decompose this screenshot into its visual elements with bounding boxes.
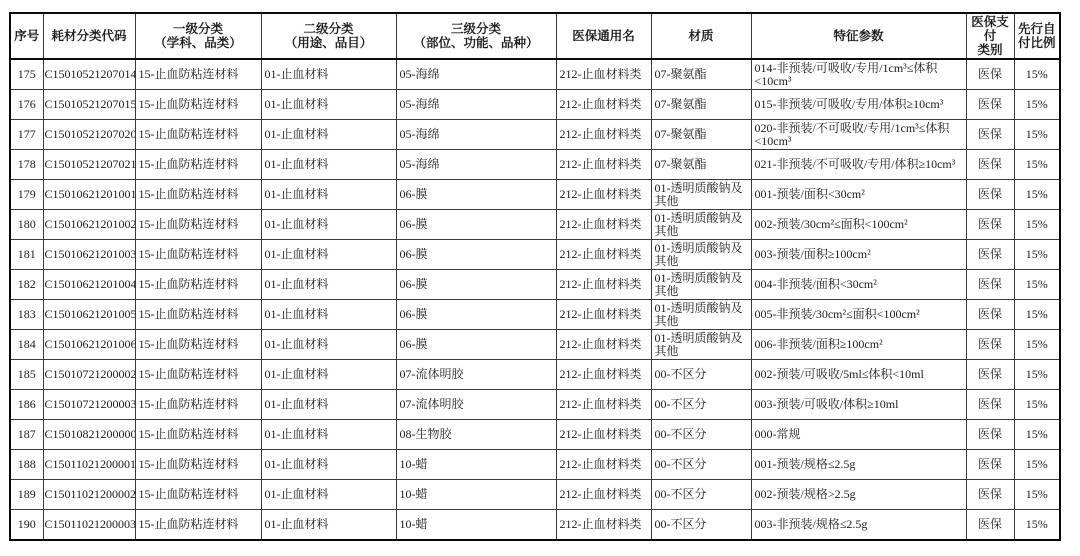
cell-level3-category: 10-蜡 — [396, 450, 556, 480]
cell-material: 01-透明质酸钠及其他 — [651, 180, 751, 210]
table-row: 180 C15010621201002 15-止血防粘连材料 01-止血材料 0… — [10, 210, 1060, 240]
cell-payment-category: 医保 — [966, 150, 1014, 180]
table-row: 188 C15011021200001 15-止血防粘连材料 01-止血材料 1… — [10, 450, 1060, 480]
cell-consumable-code: C15010621201003 — [43, 240, 135, 270]
cell-insurance-generic-name: 212-止血材料类 — [556, 240, 651, 270]
cell-copay-ratio: 15% — [1014, 420, 1060, 450]
cell-feature-parameters: 014-非预装/可吸收/专用/1cm³≤体积<10cm³ — [751, 59, 966, 90]
cell-serial-number: 178 — [10, 150, 43, 180]
cell-level2-category: 01-止血材料 — [261, 420, 396, 450]
cell-payment-category: 医保 — [966, 240, 1014, 270]
cell-insurance-generic-name: 212-止血材料类 — [556, 450, 651, 480]
col-header-consumable-code: 耗材分类代码 — [43, 13, 135, 59]
cell-level1-category: 15-止血防粘连材料 — [135, 510, 261, 541]
cell-feature-parameters: 003-非预装/规格≤2.5g — [751, 510, 966, 541]
cell-level2-category: 01-止血材料 — [261, 180, 396, 210]
cell-serial-number: 176 — [10, 90, 43, 120]
cell-consumable-code: C15010721200003 — [43, 390, 135, 420]
cell-consumable-code: C15011021200001 — [43, 450, 135, 480]
cell-insurance-generic-name: 212-止血材料类 — [556, 90, 651, 120]
cell-level3-category: 08-生物胶 — [396, 420, 556, 450]
cell-level2-category: 01-止血材料 — [261, 300, 396, 330]
table-row: 182 C15010621201004 15-止血防粘连材料 01-止血材料 0… — [10, 270, 1060, 300]
cell-material: 01-透明质酸钠及其他 — [651, 210, 751, 240]
cell-payment-category: 医保 — [966, 510, 1014, 541]
cell-serial-number: 186 — [10, 390, 43, 420]
cell-feature-parameters: 021-非预装/不可吸收/专用/体积≥10cm³ — [751, 150, 966, 180]
cell-material: 07-聚氨酯 — [651, 59, 751, 90]
cell-feature-parameters: 003-预装/面积≥100cm² — [751, 240, 966, 270]
cell-level1-category: 15-止血防粘连材料 — [135, 300, 261, 330]
cell-level1-category: 15-止血防粘连材料 — [135, 450, 261, 480]
cell-level2-category: 01-止血材料 — [261, 240, 396, 270]
cell-material: 01-透明质酸钠及其他 — [651, 270, 751, 300]
col-header-feature-parameters: 特征参数 — [751, 13, 966, 59]
cell-insurance-generic-name: 212-止血材料类 — [556, 150, 651, 180]
table-row: 179 C15010621201001 15-止血防粘连材料 01-止血材料 0… — [10, 180, 1060, 210]
cell-level1-category: 15-止血防粘连材料 — [135, 390, 261, 420]
cell-material: 07-聚氨酯 — [651, 150, 751, 180]
col-header-payment-category: 医保支 付 类别 — [966, 13, 1014, 59]
cell-payment-category: 医保 — [966, 180, 1014, 210]
col-header-level2-category: 二级分类 （用途、品目） — [261, 13, 396, 59]
cell-payment-category: 医保 — [966, 210, 1014, 240]
cell-level1-category: 15-止血防粘连材料 — [135, 180, 261, 210]
cell-insurance-generic-name: 212-止血材料类 — [556, 180, 651, 210]
cell-insurance-generic-name: 212-止血材料类 — [556, 120, 651, 150]
cell-level1-category: 15-止血防粘连材料 — [135, 120, 261, 150]
cell-level3-category: 06-膜 — [396, 180, 556, 210]
cell-level1-category: 15-止血防粘连材料 — [135, 210, 261, 240]
cell-material: 01-透明质酸钠及其他 — [651, 330, 751, 360]
cell-feature-parameters: 001-预装/规格≤2.5g — [751, 450, 966, 480]
col-header-level1-category: 一级分类 （学科、品类） — [135, 13, 261, 59]
col-header-material: 材质 — [651, 13, 751, 59]
cell-feature-parameters: 001-预装/面积<30cm² — [751, 180, 966, 210]
cell-consumable-code: C15010521207020 — [43, 120, 135, 150]
table-row: 190 C15011021200003 15-止血防粘连材料 01-止血材料 1… — [10, 510, 1060, 541]
cell-serial-number: 179 — [10, 180, 43, 210]
cell-level3-category: 06-膜 — [396, 270, 556, 300]
cell-copay-ratio: 15% — [1014, 150, 1060, 180]
table-row: 184 C15010621201006 15-止血防粘连材料 01-止血材料 0… — [10, 330, 1060, 360]
cell-level3-category: 06-膜 — [396, 240, 556, 270]
cell-insurance-generic-name: 212-止血材料类 — [556, 270, 651, 300]
cell-consumable-code: C15010621201002 — [43, 210, 135, 240]
cell-copay-ratio: 15% — [1014, 120, 1060, 150]
cell-feature-parameters: 000-常规 — [751, 420, 966, 450]
table-row: 189 C15011021200002 15-止血防粘连材料 01-止血材料 1… — [10, 480, 1060, 510]
table-row: 181 C15010621201003 15-止血防粘连材料 01-止血材料 0… — [10, 240, 1060, 270]
cell-level2-category: 01-止血材料 — [261, 120, 396, 150]
cell-consumable-code: C15010621201001 — [43, 180, 135, 210]
cell-consumable-code: C15010621201004 — [43, 270, 135, 300]
cell-payment-category: 医保 — [966, 270, 1014, 300]
cell-consumable-code: C15010721200002 — [43, 360, 135, 390]
cell-payment-category: 医保 — [966, 390, 1014, 420]
cell-copay-ratio: 15% — [1014, 390, 1060, 420]
medical-consumables-classification-table: 序号 耗材分类代码 一级分类 （学科、品类） 二级分类 （用途、品目） 三级分类… — [9, 12, 1061, 541]
cell-material: 00-不区分 — [651, 450, 751, 480]
cell-level3-category: 05-海绵 — [396, 150, 556, 180]
cell-copay-ratio: 15% — [1014, 450, 1060, 480]
cell-insurance-generic-name: 212-止血材料类 — [556, 510, 651, 541]
cell-feature-parameters: 004-非预装/面积<30cm² — [751, 270, 966, 300]
cell-feature-parameters: 003-预装/可吸收/体积≥10ml — [751, 390, 966, 420]
cell-level1-category: 15-止血防粘连材料 — [135, 90, 261, 120]
cell-level3-category: 07-流体明胶 — [396, 390, 556, 420]
col-header-copay-ratio: 先行自 付比例 — [1014, 13, 1060, 59]
cell-feature-parameters: 002-预装/规格>2.5g — [751, 480, 966, 510]
cell-level3-category: 06-膜 — [396, 210, 556, 240]
cell-serial-number: 181 — [10, 240, 43, 270]
cell-payment-category: 医保 — [966, 480, 1014, 510]
col-header-insurance-generic-name: 医保通用名 — [556, 13, 651, 59]
cell-level1-category: 15-止血防粘连材料 — [135, 240, 261, 270]
cell-material: 00-不区分 — [651, 390, 751, 420]
cell-copay-ratio: 15% — [1014, 360, 1060, 390]
cell-level1-category: 15-止血防粘连材料 — [135, 360, 261, 390]
cell-insurance-generic-name: 212-止血材料类 — [556, 360, 651, 390]
cell-consumable-code: C15010521207014 — [43, 59, 135, 90]
cell-feature-parameters: 006-非预装/面积≥100cm² — [751, 330, 966, 360]
col-header-level3-category: 三级分类 （部位、功能、品种） — [396, 13, 556, 59]
cell-level2-category: 01-止血材料 — [261, 480, 396, 510]
cell-copay-ratio: 15% — [1014, 270, 1060, 300]
cell-payment-category: 医保 — [966, 120, 1014, 150]
cell-copay-ratio: 15% — [1014, 240, 1060, 270]
cell-payment-category: 医保 — [966, 59, 1014, 90]
cell-level2-category: 01-止血材料 — [261, 150, 396, 180]
cell-consumable-code: C15011021200003 — [43, 510, 135, 541]
cell-material: 00-不区分 — [651, 510, 751, 541]
cell-material: 01-透明质酸钠及其他 — [651, 300, 751, 330]
cell-serial-number: 175 — [10, 59, 43, 90]
table-row: 183 C15010621201005 15-止血防粘连材料 01-止血材料 0… — [10, 300, 1060, 330]
cell-level3-category: 05-海绵 — [396, 59, 556, 90]
cell-level1-category: 15-止血防粘连材料 — [135, 480, 261, 510]
cell-serial-number: 180 — [10, 210, 43, 240]
cell-payment-category: 医保 — [966, 420, 1014, 450]
table-row: 186 C15010721200003 15-止血防粘连材料 01-止血材料 0… — [10, 390, 1060, 420]
cell-level3-category: 10-蜡 — [396, 510, 556, 541]
cell-level3-category: 06-膜 — [396, 330, 556, 360]
cell-serial-number: 190 — [10, 510, 43, 541]
cell-payment-category: 医保 — [966, 300, 1014, 330]
cell-level3-category: 07-流体明胶 — [396, 360, 556, 390]
cell-serial-number: 187 — [10, 420, 43, 450]
cell-consumable-code: C15011021200002 — [43, 480, 135, 510]
cell-serial-number: 188 — [10, 450, 43, 480]
cell-copay-ratio: 15% — [1014, 90, 1060, 120]
cell-level2-category: 01-止血材料 — [261, 210, 396, 240]
cell-serial-number: 184 — [10, 330, 43, 360]
cell-copay-ratio: 15% — [1014, 300, 1060, 330]
table-row: 187 C15010821200000 15-止血防粘连材料 01-止血材料 0… — [10, 420, 1060, 450]
cell-consumable-code: C15010521207015 — [43, 90, 135, 120]
cell-serial-number: 183 — [10, 300, 43, 330]
cell-level3-category: 10-蜡 — [396, 480, 556, 510]
cell-insurance-generic-name: 212-止血材料类 — [556, 420, 651, 450]
cell-feature-parameters: 020-非预装/不可吸收/专用/1cm³≤体积<10cm³ — [751, 120, 966, 150]
cell-level2-category: 01-止血材料 — [261, 360, 396, 390]
cell-copay-ratio: 15% — [1014, 210, 1060, 240]
cell-payment-category: 医保 — [966, 330, 1014, 360]
cell-material: 01-透明质酸钠及其他 — [651, 240, 751, 270]
cell-level2-category: 01-止血材料 — [261, 330, 396, 360]
cell-level3-category: 05-海绵 — [396, 120, 556, 150]
table-row: 185 C15010721200002 15-止血防粘连材料 01-止血材料 0… — [10, 360, 1060, 390]
cell-insurance-generic-name: 212-止血材料类 — [556, 390, 651, 420]
cell-serial-number: 189 — [10, 480, 43, 510]
cell-payment-category: 医保 — [966, 450, 1014, 480]
document-page: 序号 耗材分类代码 一级分类 （学科、品类） 二级分类 （用途、品目） 三级分类… — [0, 0, 1080, 556]
cell-level2-category: 01-止血材料 — [261, 450, 396, 480]
cell-material: 07-聚氨酯 — [651, 90, 751, 120]
cell-copay-ratio: 15% — [1014, 59, 1060, 90]
cell-payment-category: 医保 — [966, 90, 1014, 120]
cell-consumable-code: C15010621201005 — [43, 300, 135, 330]
cell-level2-category: 01-止血材料 — [261, 90, 396, 120]
cell-material: 00-不区分 — [651, 480, 751, 510]
cell-level2-category: 01-止血材料 — [261, 59, 396, 90]
cell-level1-category: 15-止血防粘连材料 — [135, 59, 261, 90]
cell-feature-parameters: 005-非预装/30cm²≤面积<100cm² — [751, 300, 966, 330]
cell-consumable-code: C15010521207021 — [43, 150, 135, 180]
cell-level2-category: 01-止血材料 — [261, 510, 396, 541]
cell-copay-ratio: 15% — [1014, 180, 1060, 210]
cell-insurance-generic-name: 212-止血材料类 — [556, 59, 651, 90]
cell-consumable-code: C15010821200000 — [43, 420, 135, 450]
cell-insurance-generic-name: 212-止血材料类 — [556, 480, 651, 510]
table-row: 176 C15010521207015 15-止血防粘连材料 01-止血材料 0… — [10, 90, 1060, 120]
table-row: 178 C15010521207021 15-止血防粘连材料 01-止血材料 0… — [10, 150, 1060, 180]
col-header-serial-number: 序号 — [10, 13, 43, 59]
cell-level1-category: 15-止血防粘连材料 — [135, 270, 261, 300]
cell-payment-category: 医保 — [966, 360, 1014, 390]
cell-material: 00-不区分 — [651, 420, 751, 450]
cell-level2-category: 01-止血材料 — [261, 390, 396, 420]
cell-level2-category: 01-止血材料 — [261, 270, 396, 300]
cell-level3-category: 05-海绵 — [396, 90, 556, 120]
cell-serial-number: 182 — [10, 270, 43, 300]
cell-insurance-generic-name: 212-止血材料类 — [556, 210, 651, 240]
cell-level3-category: 06-膜 — [396, 300, 556, 330]
cell-consumable-code: C15010621201006 — [43, 330, 135, 360]
cell-feature-parameters: 002-预装/可吸收/5ml≤体积<10ml — [751, 360, 966, 390]
cell-material: 00-不区分 — [651, 360, 751, 390]
cell-feature-parameters: 002-预装/30cm²≤面积<100cm² — [751, 210, 966, 240]
cell-copay-ratio: 15% — [1014, 330, 1060, 360]
cell-insurance-generic-name: 212-止血材料类 — [556, 330, 651, 360]
table-row: 177 C15010521207020 15-止血防粘连材料 01-止血材料 0… — [10, 120, 1060, 150]
cell-copay-ratio: 15% — [1014, 480, 1060, 510]
cell-copay-ratio: 15% — [1014, 510, 1060, 541]
cell-level1-category: 15-止血防粘连材料 — [135, 330, 261, 360]
table-header-row: 序号 耗材分类代码 一级分类 （学科、品类） 二级分类 （用途、品目） 三级分类… — [10, 13, 1060, 59]
cell-level1-category: 15-止血防粘连材料 — [135, 420, 261, 450]
cell-serial-number: 185 — [10, 360, 43, 390]
table-row: 175 C15010521207014 15-止血防粘连材料 01-止血材料 0… — [10, 59, 1060, 90]
cell-material: 07-聚氨酯 — [651, 120, 751, 150]
cell-level1-category: 15-止血防粘连材料 — [135, 150, 261, 180]
cell-serial-number: 177 — [10, 120, 43, 150]
cell-insurance-generic-name: 212-止血材料类 — [556, 300, 651, 330]
cell-feature-parameters: 015-非预装/可吸收/专用/体积≥10cm³ — [751, 90, 966, 120]
